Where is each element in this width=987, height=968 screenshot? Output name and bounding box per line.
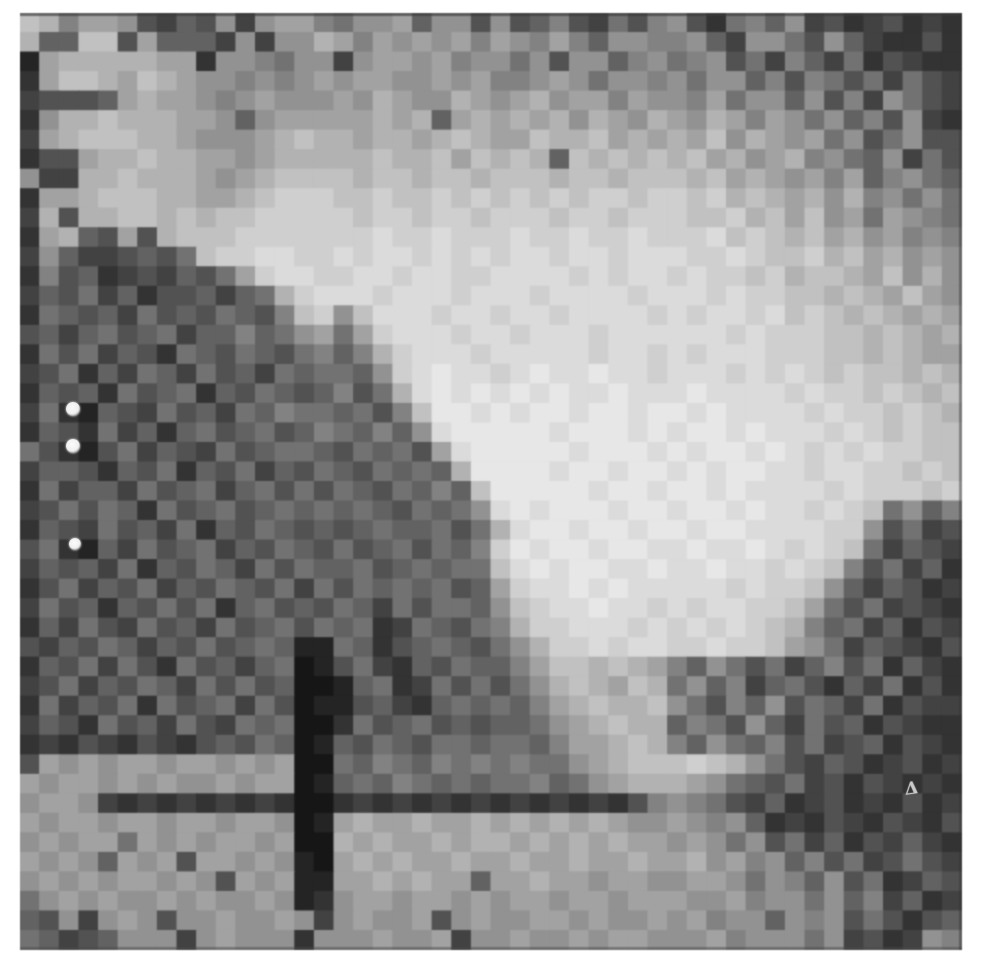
mosaic-painting-frame: Δ xyxy=(20,13,962,950)
mosaic-painting xyxy=(20,13,962,950)
photo-page: Δ xyxy=(0,0,987,968)
